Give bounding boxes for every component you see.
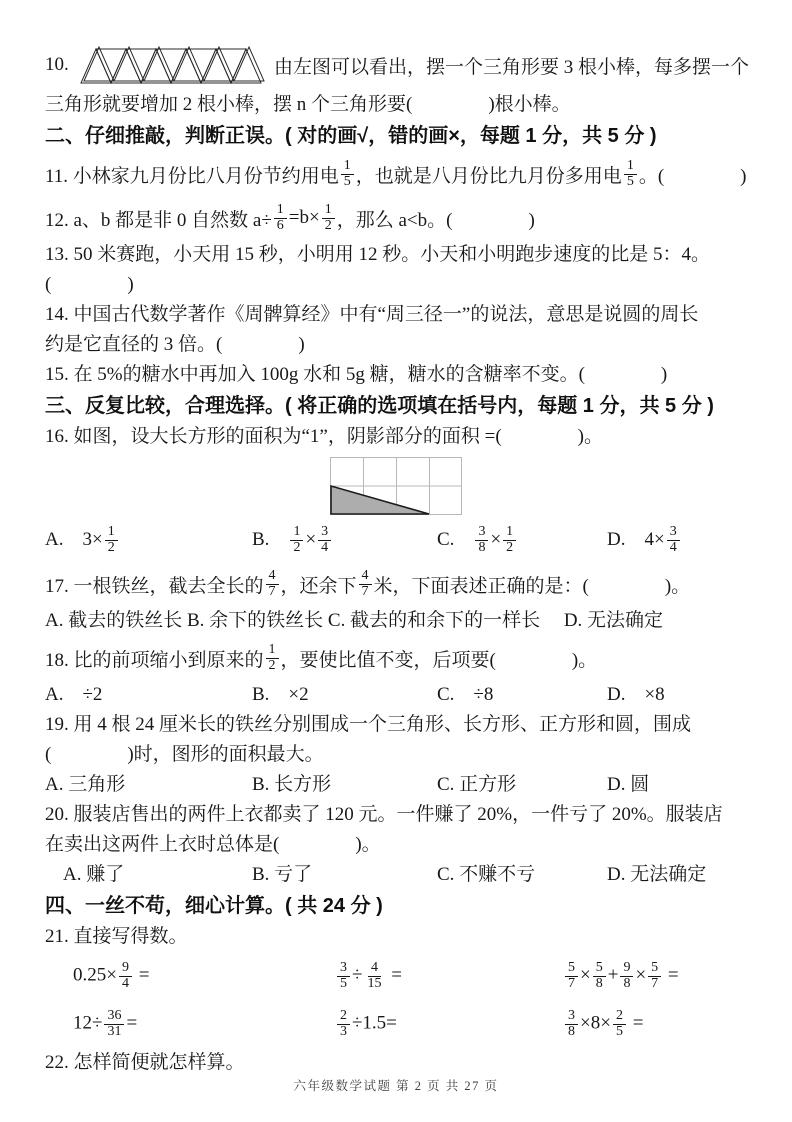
fraction: 25 [613, 1009, 626, 1039]
fraction: 98 [620, 961, 633, 991]
fraction: 47 [266, 569, 279, 599]
question-11: 11. 小林家九月份比八月份节约用电15，也就是八月份比九月份多用电15。( ) [45, 152, 747, 196]
option-b: B. 12×34 [252, 525, 437, 556]
question-10-text-part1: 由左图可以看出，摆一个三角形要 3 根小棒，每多摆一个 [274, 52, 749, 79]
fraction: 415 [364, 961, 384, 991]
fraction: 3631 [104, 1009, 124, 1039]
option-c: C. 38×12 [437, 525, 607, 556]
option-a: A. 三角形 [45, 770, 252, 800]
question-19-options: A. 三角形 B. 长方形 C. 正方形 D. 圆 [45, 770, 747, 800]
question-16-options: A. 3×12 B. 12×34 C. 38×12 D. 4×34 [45, 518, 747, 562]
fraction: 38 [475, 525, 488, 555]
option-b: B. 长方形 [252, 770, 437, 800]
question-17-options: A. 截去的铁丝长 B. 余下的铁丝长 C. 截去的和余下的一样长 D. 无法确… [45, 606, 747, 636]
question-21-row-2: 12÷3631= 23÷1.5= 38×8×25 = [45, 1000, 747, 1048]
shaded-triangle [331, 486, 429, 514]
question-12: 12. a、b 都是非 0 自然数 a÷16=b×12，那么 a<b。( ) [45, 196, 747, 240]
question-14-line-1: 14. 中国古代数学著作《周髀算经》中有“周三径一”的说法，意思是说圆的周长 [45, 300, 747, 330]
option-d: D. ×8 [607, 680, 747, 710]
triangle-strip-figure [79, 43, 271, 87]
option-d: D. 无法确定 [607, 860, 747, 890]
fraction: 16 [274, 203, 287, 233]
fraction: 12 [290, 525, 303, 555]
fraction: 94 [119, 961, 132, 991]
question-18: 18. 比的前项缩小到原来的12，要使比值不变，后项要( )。 [45, 636, 747, 680]
question-19-line-1: 19. 用 4 根 24 厘米长的铁丝分别围成一个三角形、长方形、正方形和圆，围… [45, 710, 747, 740]
fraction: 57 [648, 961, 661, 991]
fraction: 12 [105, 525, 118, 555]
option-b: B. 亏了 [252, 860, 437, 890]
option-a: A. 3×12 [45, 525, 252, 556]
calc-expression: 23÷1.5= [335, 1009, 563, 1039]
section-2-header: 二、仔细推敲，判断正误。( 对的画√，错的画×，每题 1 分，共 5 分 ) [45, 120, 747, 152]
fraction: 34 [667, 525, 680, 555]
fraction: 15 [341, 159, 354, 189]
option-b: B. ×2 [252, 680, 437, 710]
question-21-row-1: 0.25×94 = 35÷415 = 57×58+98×57 = [45, 952, 747, 1000]
shaded-rectangle-figure [330, 457, 462, 515]
exam-page: 10. 由左图可以看出，摆一个三角形要 3 根小棒，每多摆一个 三角形就要增加 … [0, 0, 792, 1122]
fraction: 58 [593, 961, 606, 991]
fraction: 12 [322, 203, 335, 233]
fraction: 34 [318, 525, 331, 555]
question-13-line-2: ( ) [45, 270, 747, 300]
calc-expression: 0.25×94 = [73, 961, 335, 991]
option-a: A. 赚了 [45, 860, 252, 890]
fraction: 57 [565, 961, 578, 991]
question-20-line-1: 20. 服装店售出的两件上衣都卖了 120 元。一件赚了 20%，一件亏了 20… [45, 800, 747, 830]
option-c: C. 正方形 [437, 770, 607, 800]
question-15: 15. 在 5%的糖水中再加入 100g 水和 5g 糖，糖水的含糖率不变。( … [45, 360, 747, 390]
question-20-line-2: 在卖出这两件上衣时总体是( )。 [45, 830, 747, 860]
section-3-header: 三、反复比较，合理选择。( 将正确的选项填在括号内，每题 1 分，共 5 分 ) [45, 390, 747, 422]
option-d: D. 4×34 [607, 525, 747, 556]
fraction: 12 [503, 525, 516, 555]
question-20-options: A. 赚了 B. 亏了 C. 不赚不亏 D. 无法确定 [45, 860, 747, 890]
fraction: 38 [565, 1009, 578, 1039]
fraction: 12 [266, 643, 279, 673]
question-19-line-2: ( )时，图形的面积最大。 [45, 740, 747, 770]
question-22-label: 22. 怎样简便就怎样算。 [45, 1048, 747, 1078]
question-10-text-part2: 三角形就要增加 2 根小棒，摆 n 个三角形要( )根小棒。 [45, 90, 747, 120]
fraction: 47 [359, 569, 372, 599]
option-c: C. 不赚不亏 [437, 860, 607, 890]
question-14-line-2: 约是它直径的 3 倍。( ) [45, 330, 747, 360]
question-10-line-1: 10. 由左图可以看出，摆一个三角形要 3 根小棒，每多摆一个 [45, 40, 747, 90]
page-footer: 六年级数学试题 第 2 页 共 27 页 [0, 1076, 792, 1094]
question-21-label: 21. 直接写得数。 [45, 922, 747, 952]
option-a: A. ÷2 [45, 680, 252, 710]
fraction: 23 [337, 1009, 350, 1039]
question-16-figure-wrap [45, 452, 747, 518]
question-10-number: 10. [45, 54, 79, 76]
question-17: 17. 一根铁丝，截去全长的47，还余下47米，下面表述正确的是：( )。 [45, 562, 747, 606]
calc-expression: 35÷415 = [335, 961, 563, 991]
question-16: 16. 如图，设大长方形的面积为“1”，阴影部分的面积 =( )。 [45, 422, 747, 452]
question-18-options: A. ÷2 B. ×2 C. ÷8 D. ×8 [45, 680, 747, 710]
option-d: D. 圆 [607, 770, 747, 800]
calc-expression: 12÷3631= [73, 1009, 335, 1039]
section-4-header: 四、一丝不苟，细心计算。( 共 24 分 ) [45, 890, 747, 922]
fraction: 35 [337, 961, 350, 991]
calc-expression: 38×8×25 = [563, 1009, 747, 1039]
question-13-line-1: 13. 50 米赛跑，小天用 15 秒，小明用 12 秒。小天和小明跑步速度的比… [45, 240, 747, 270]
calc-expression: 57×58+98×57 = [563, 961, 747, 991]
option-c: C. ÷8 [437, 680, 607, 710]
fraction: 15 [624, 159, 637, 189]
